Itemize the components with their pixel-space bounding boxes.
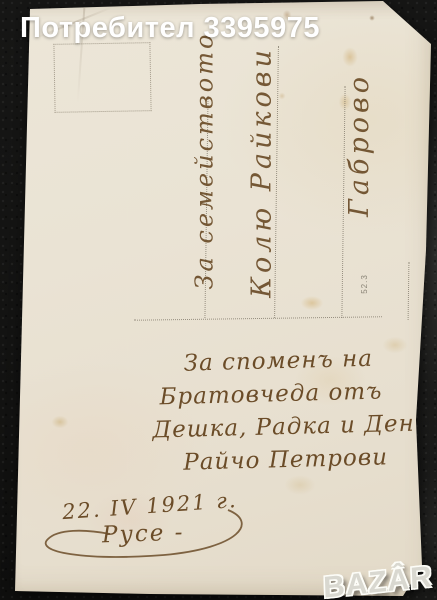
handwritten-message: За споменъ на Братовчеда отъ Дешка, Радк… xyxy=(128,341,437,481)
message-line: Райчо Петрови xyxy=(183,440,437,480)
handwriting-address-line-2: Колю Райкови xyxy=(247,15,281,330)
postcard-back: За семейството Колю Райкови Габрово 52.3… xyxy=(0,0,437,600)
listing-photo[interactable]: За семейството Колю Райкови Габрово 52.3… xyxy=(0,0,437,600)
postcard-photo: За семейството Колю Райкови Габрово 52.3… xyxy=(0,0,437,600)
signature-flourish xyxy=(26,500,254,572)
printed-series-number: 52.3 xyxy=(360,269,374,299)
stamp-box-outline xyxy=(53,42,151,113)
user-id-label: Потребител 3395975 xyxy=(20,12,320,45)
handwriting-address-line-3: Габрово xyxy=(344,55,378,235)
handwriting-address-line-1: За семейството xyxy=(191,45,225,290)
address-dotted-line xyxy=(408,262,410,320)
